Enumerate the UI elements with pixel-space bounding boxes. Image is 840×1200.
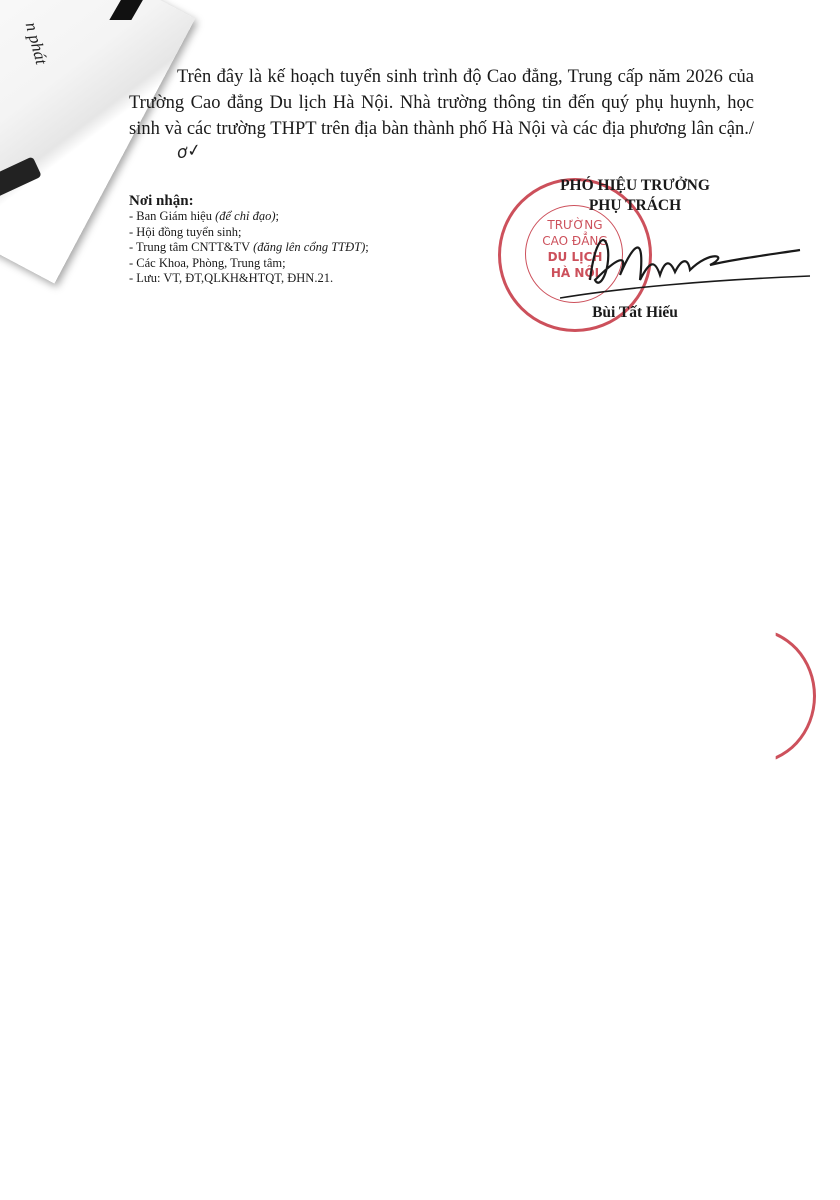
recipients-heading: Nơi nhận: <box>129 193 369 209</box>
handwritten-signature <box>560 220 820 310</box>
signature-block: PHÓ HIỆU TRƯỞNG PHỤ TRÁCH Bùi Tất Hiếu <box>520 176 750 216</box>
closing-paragraph: Trên đây là kế hoạch tuyển sinh trình độ… <box>129 64 754 168</box>
signer-title: PHÓ HIỆU TRƯỞNG <box>520 176 750 196</box>
recipients-list: - Ban Giám hiệu (để chỉ đạo); - Hội đồng… <box>129 209 369 287</box>
recipients-block: Nơi nhận: - Ban Giám hiệu (để chỉ đạo); … <box>129 193 369 287</box>
handwritten-initials: ơ✓ <box>128 137 204 173</box>
recipient-item: - Các Khoa, Phòng, Trung tâm; <box>129 256 369 272</box>
recipient-item: - Ban Giám hiệu (để chỉ đạo); <box>129 209 369 225</box>
recipient-item: - Hội đồng tuyển sinh; <box>129 225 369 241</box>
paragraph-text: Trên đây là kế hoạch tuyển sinh trình độ… <box>129 67 754 139</box>
recipient-item: - Trung tâm CNTT&TV (đăng lên cổng TTĐT)… <box>129 240 369 256</box>
signer-title-sub: PHỤ TRÁCH <box>520 196 750 216</box>
partial-stamp-edge <box>690 628 816 764</box>
recipient-item: - Lưu: VT, ĐT,QLKH&HTQT, ĐHN.21. <box>129 271 369 287</box>
